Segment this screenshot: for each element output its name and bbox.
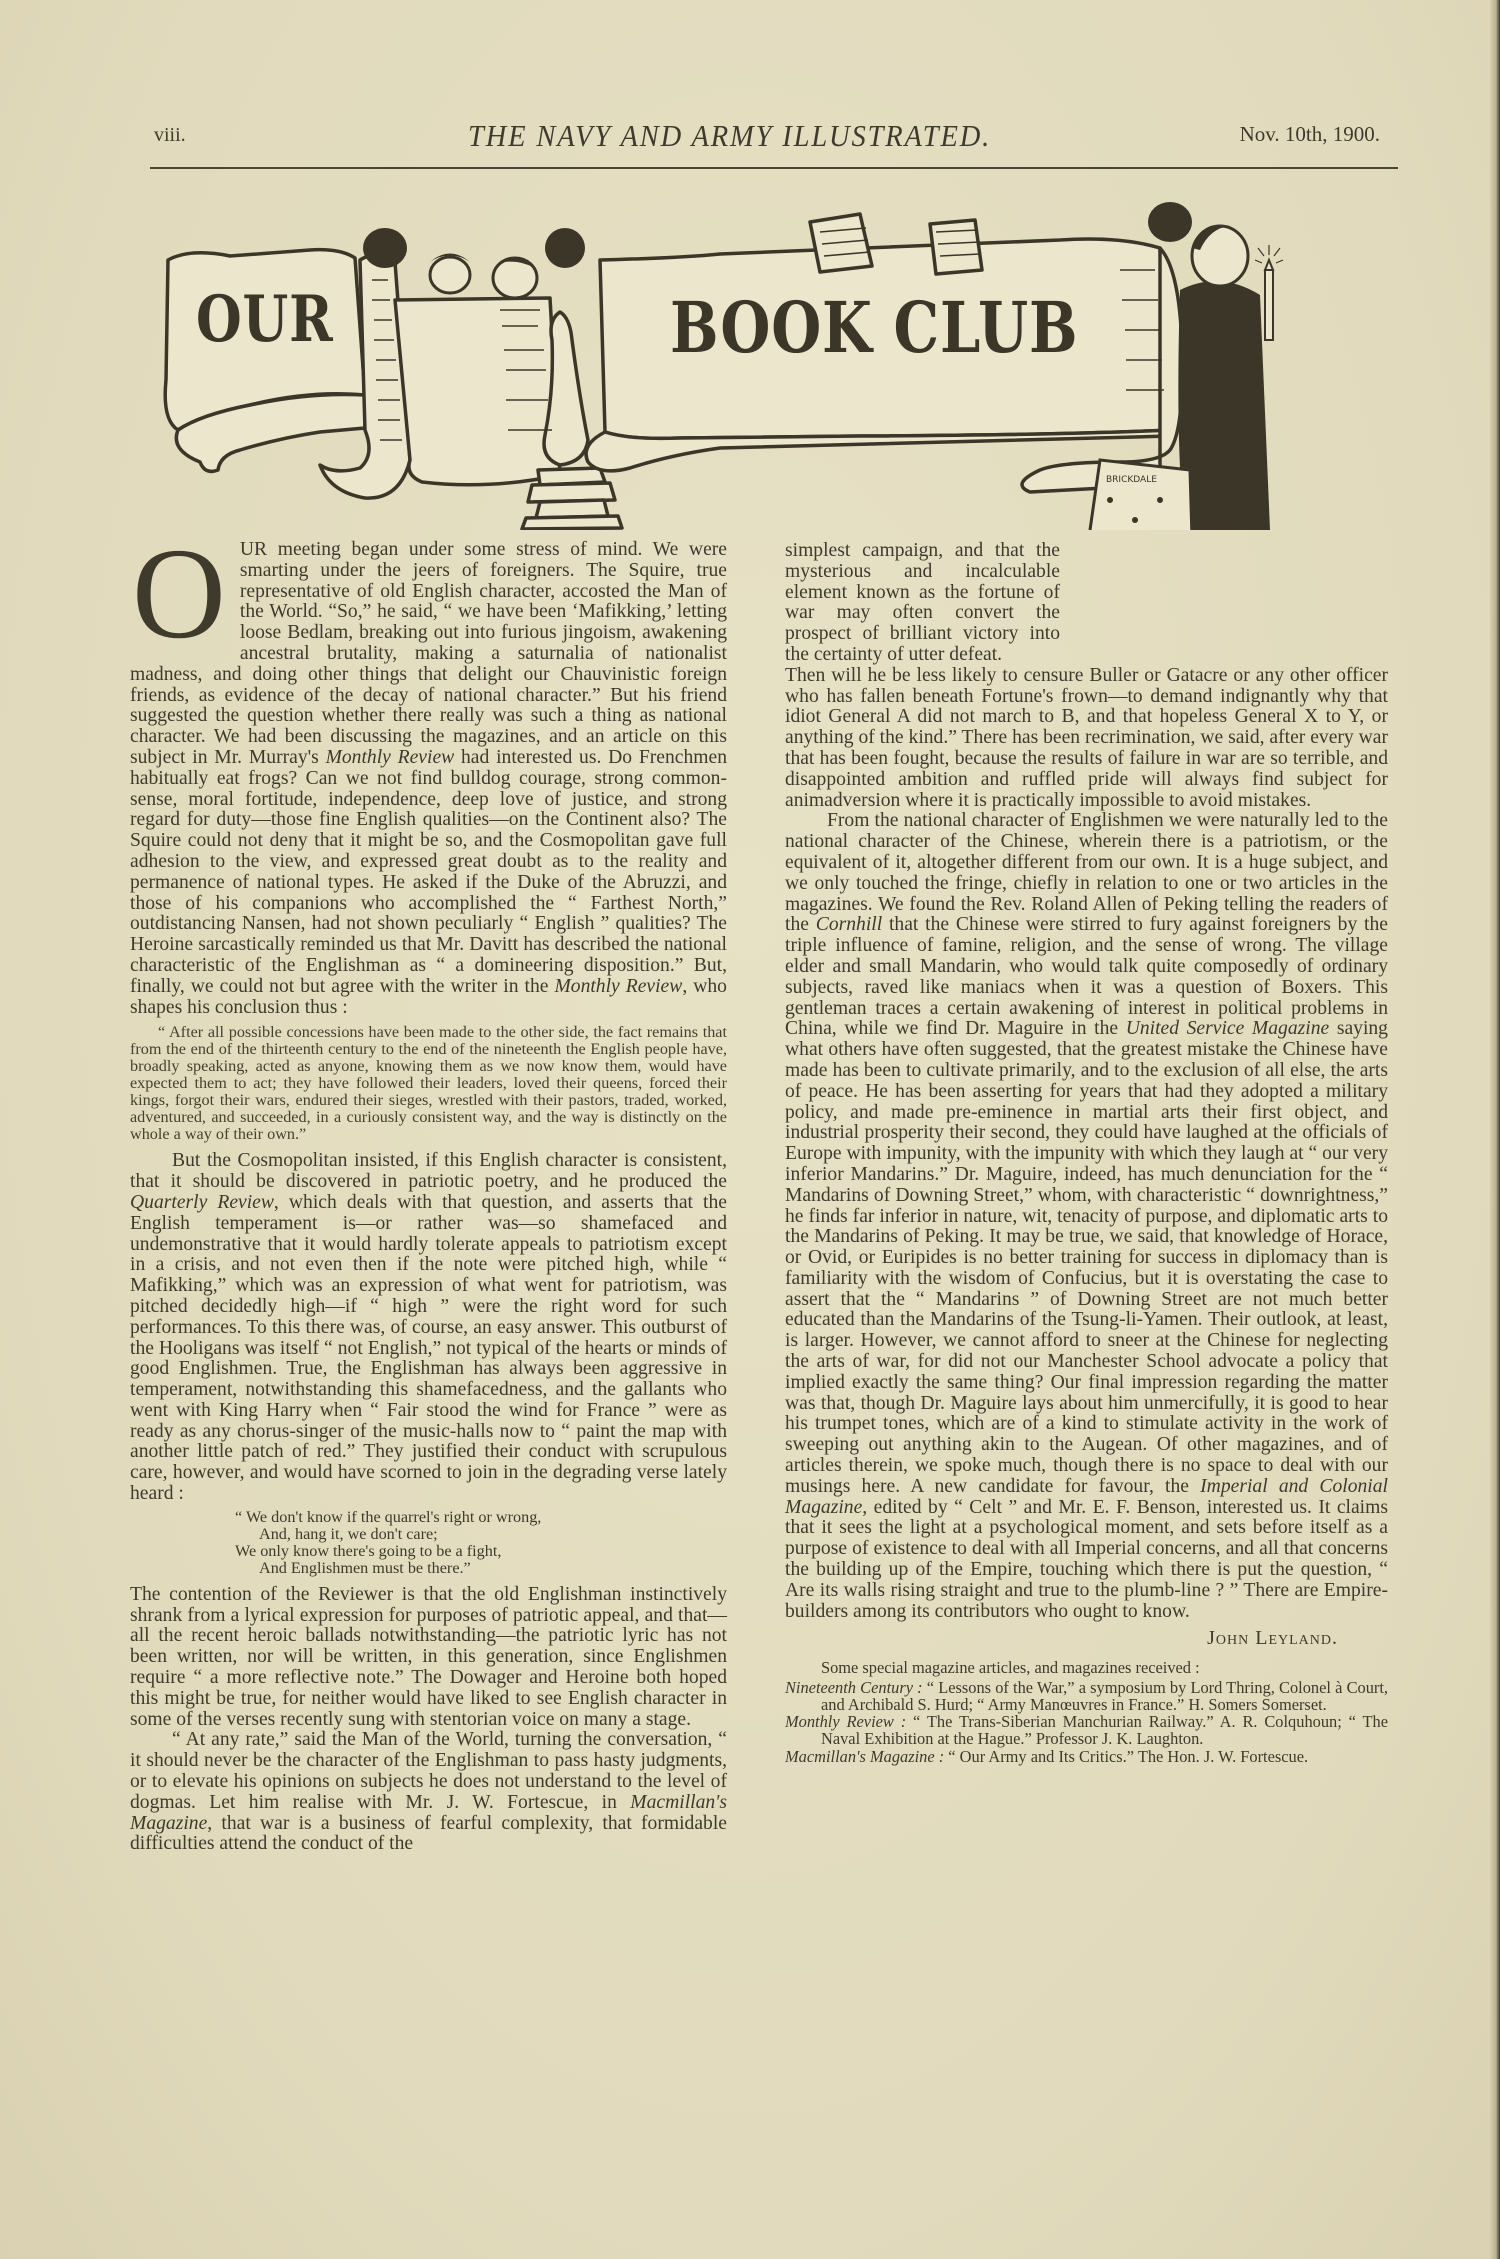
issue-date: Nov. 10th, 1900. bbox=[1240, 122, 1380, 147]
paragraph: The contention of the Reviewer is that t… bbox=[130, 1585, 727, 1731]
received-item: Nineteenth Century : “ Lessons of the Wa… bbox=[785, 1679, 1388, 1714]
paragraph-continued: simplest campaign, and that the mysterio… bbox=[785, 541, 1060, 666]
received-item: Monthly Review : “ The Trans-Siberian Ma… bbox=[785, 1713, 1388, 1748]
banner-title-our: OUR bbox=[196, 282, 334, 357]
page-number: viii. bbox=[154, 124, 186, 147]
received-item: Macmillan's Magazine : “ Our Army and It… bbox=[785, 1748, 1388, 1765]
article-right-column: simplest campaign, and that the mysterio… bbox=[785, 541, 1388, 1765]
page-binding-edge bbox=[1490, 0, 1500, 2259]
magazine-page: viii. THE NAVY AND ARMY ILLUSTRATED. Nov… bbox=[0, 0, 1500, 2259]
paragraph: But the Cosmopolitan insisted, if this E… bbox=[130, 1151, 727, 1505]
paragraph-continued: Then will he be less likely to censure B… bbox=[785, 666, 1388, 812]
received-intro: Some special magazine articles, and maga… bbox=[785, 1659, 1388, 1676]
magazines-received-list: Some special magazine articles, and maga… bbox=[785, 1659, 1388, 1765]
author-signature: John Leyland. bbox=[785, 1628, 1388, 1649]
drop-cap: O bbox=[132, 544, 226, 650]
paragraph: From the national character of Englishme… bbox=[785, 811, 1388, 1622]
verse-quote: “ We don't know if the quarrel's right o… bbox=[130, 1509, 727, 1577]
journal-title: THE NAVY AND ARMY ILLUSTRATED. bbox=[468, 118, 991, 154]
block-quote: “ After all possible concessions have be… bbox=[130, 1024, 727, 1143]
opening-paragraph: OUR meeting began under some stress of m… bbox=[130, 540, 727, 1018]
header-rule bbox=[150, 167, 1398, 169]
book-club-banner: BRICKDALE OUR BOOK CLUB bbox=[160, 200, 1390, 530]
svg-text:BRICKDALE: BRICKDALE bbox=[1106, 475, 1157, 485]
paragraph: “ At any rate,” said the Man of the Worl… bbox=[130, 1730, 727, 1855]
banner-title-book-club: BOOK CLUB bbox=[670, 286, 1078, 369]
article-left-column: OUR meeting began under some stress of m… bbox=[130, 540, 727, 1855]
running-head: viii. THE NAVY AND ARMY ILLUSTRATED. Nov… bbox=[150, 118, 1380, 158]
